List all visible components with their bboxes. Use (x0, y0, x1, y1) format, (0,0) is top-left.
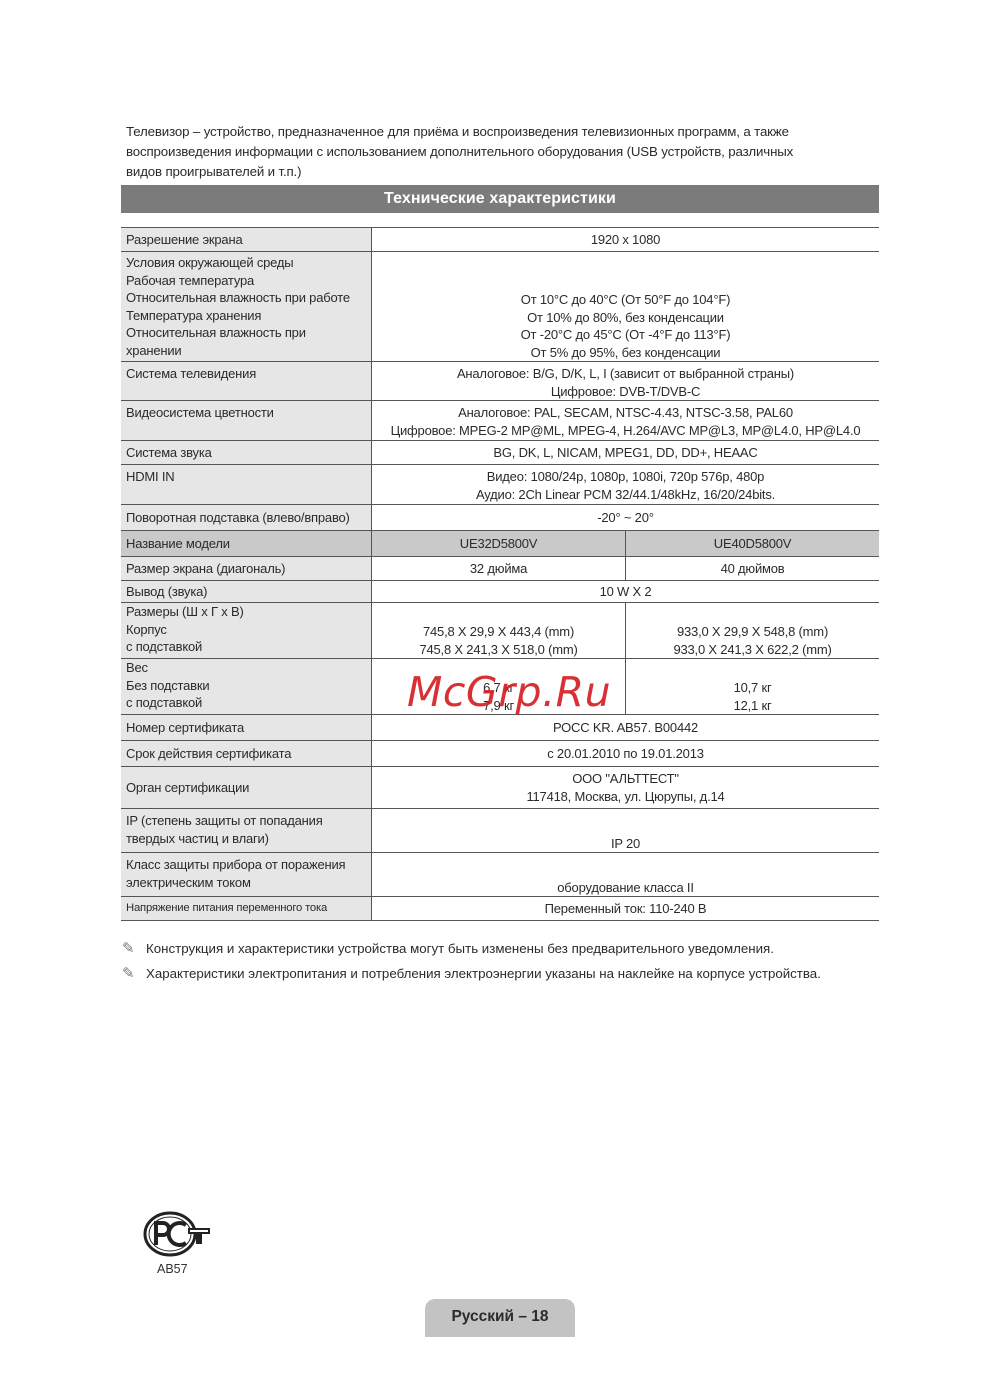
spec-label: Напряжение питания переменного тока (121, 897, 372, 921)
spec-label: Орган сертификации (121, 767, 372, 809)
spec-label: Разрешение экрана (121, 228, 372, 252)
spec-value: оборудование класса II (372, 853, 880, 897)
pencil-note-icon: ✎ (122, 940, 146, 957)
spec-label: Класс защиты прибора от поражения электр… (121, 853, 372, 897)
spec-value: ООО "АЛЬТТЕСТ" 117418, Москва, ул. Цюруп… (372, 767, 880, 809)
spec-value: 1920 x 1080 (372, 228, 880, 252)
specs-table: Разрешение экрана 1920 x 1080 Условия ок… (121, 227, 879, 921)
intro-line: Телевизор – устройство, предназначенное … (126, 122, 866, 142)
spec-label: Номер сертификата (121, 715, 372, 741)
spec-value-line: 933,0 X 29,9 X 548,8 (mm) (631, 623, 874, 641)
spec-value-line: 10,7 кг (631, 679, 874, 697)
spec-label-line: хранении (126, 342, 366, 360)
table-row: Напряжение питания переменного тока Пере… (121, 897, 879, 921)
spec-value: 745,8 X 29,9 X 443,4 (mm) 745,8 X 241,3 … (372, 603, 626, 659)
intro-paragraph: Телевизор – устройство, предназначенное … (126, 122, 866, 182)
table-row: Поворотная подставка (влево/вправо) -20°… (121, 505, 879, 531)
spec-value-line: Цифровое: DVB-T/DVB-C (377, 383, 874, 401)
table-row: Класс защиты прибора от поражения электр… (121, 853, 879, 897)
spec-label-line: IP (степень защиты от попадания (126, 812, 366, 830)
spec-value: 6,7 кг 7,9 кг (372, 659, 626, 715)
certification-code: AB57 (157, 1262, 188, 1276)
table-row: Система телевидения Аналоговое: B/G, D/K… (121, 362, 879, 401)
spec-value-line: 117418, Москва, ул. Цюрупы, д.14 (377, 788, 874, 806)
spec-label-line: с подставкой (126, 638, 366, 656)
spec-value: От 10°C до 40°C (От 50°F до 104°F) От 10… (372, 252, 880, 362)
spec-label-line: Вес (126, 659, 366, 677)
spec-value: РОСС KR. AB57. B00442 (372, 715, 880, 741)
spec-label: Система телевидения (121, 362, 372, 401)
spec-label-line: Без подставки (126, 677, 366, 695)
table-row-model: Название модели UE32D5800V UE40D5800V (121, 531, 879, 557)
spec-value: Переменный ток: 110-240 В (372, 897, 880, 921)
table-row: Условия окружающей среды Рабочая темпера… (121, 252, 879, 362)
spec-value: 10 W X 2 (372, 581, 880, 603)
note-item: ✎ Конструкция и характеристики устройств… (122, 940, 862, 958)
spec-label-line: Условия окружающей среды (126, 254, 366, 272)
table-row: Разрешение экрана 1920 x 1080 (121, 228, 879, 252)
table-row: HDMI IN Видео: 1080/24p, 1080p, 1080i, 7… (121, 465, 879, 505)
spec-value-line: 745,8 X 241,3 X 518,0 (mm) (377, 641, 620, 659)
spec-label-line: Относительная влажность при работе (126, 289, 366, 307)
spec-label: Вывод (звука) (121, 581, 372, 603)
pencil-note-icon: ✎ (122, 965, 146, 982)
note-item: ✎ Характеристики электропитания и потреб… (122, 965, 862, 983)
table-row: Размеры (Ш x Г x В) Корпус с подставкой … (121, 603, 879, 659)
spec-value-line: Аналоговое: B/G, D/K, L, I (зависит от в… (377, 365, 874, 383)
spec-label: IP (степень защиты от попадания твердых … (121, 809, 372, 853)
spec-label-line: Рабочая температура (126, 272, 366, 290)
spec-value-line: От 10°C до 40°C (От 50°F до 104°F) (377, 291, 874, 309)
spec-value: IP 20 (372, 809, 880, 853)
section-title: Технические характеристики (121, 185, 879, 213)
spec-label: Поворотная подставка (влево/вправо) (121, 505, 372, 531)
spec-value-line: Аудио: 2Ch Linear PCM 32/44.1/48kHz, 16/… (377, 486, 874, 504)
spec-value-line: ООО "АЛЬТТЕСТ" (377, 770, 874, 788)
spec-value: Аналоговое: B/G, D/K, L, I (зависит от в… (372, 362, 880, 401)
table-row: Размер экрана (диагональ) 32 дюйма 40 дю… (121, 557, 879, 581)
notes: ✎ Конструкция и характеристики устройств… (122, 940, 862, 990)
spec-value-line: От -20°C до 45°C (От -4°F до 113°F) (377, 326, 874, 344)
note-text: Конструкция и характеристики устройства … (146, 940, 774, 958)
spec-label-line: Корпус (126, 621, 366, 639)
table-row: Номер сертификата РОСС KR. AB57. B00442 (121, 715, 879, 741)
table-row: Видеосистема цветности Аналоговое: PAL, … (121, 401, 879, 441)
table-row: IP (степень защиты от попадания твердых … (121, 809, 879, 853)
table-row: Система звука BG, DK, L, NICAM, MPEG1, D… (121, 441, 879, 465)
spec-value: 933,0 X 29,9 X 548,8 (mm) 933,0 X 241,3 … (626, 603, 879, 659)
spec-value: -20° ~ 20° (372, 505, 880, 531)
spec-label: Видеосистема цветности (121, 401, 372, 441)
spec-label-line: Относительная влажность при (126, 324, 366, 342)
spec-value-line: Цифровое: MPEG-2 MP@ML, MPEG-4, H.264/AV… (377, 422, 874, 440)
spec-value-line: 6,7 кг (377, 679, 620, 697)
spec-value: 32 дюйма (372, 557, 626, 581)
spec-label: HDMI IN (121, 465, 372, 505)
table-row: Вывод (звука) 10 W X 2 (121, 581, 879, 603)
spec-label: Вес Без подставки с подставкой (121, 659, 372, 715)
intro-line: воспроизведения информации с использован… (126, 142, 866, 162)
spec-label: Условия окружающей среды Рабочая темпера… (121, 252, 372, 362)
spec-value-line: От 10% до 80%, без конденсации (377, 309, 874, 327)
spec-label-line: Температура хранения (126, 307, 366, 325)
table-row: Орган сертификации ООО "АЛЬТТЕСТ" 117418… (121, 767, 879, 809)
spec-value-line: 7,9 кг (377, 697, 620, 715)
spec-value-line: 12,1 кг (631, 697, 874, 715)
spec-label-line: электрическим током (126, 874, 366, 892)
page-number-tab: Русский – 18 (425, 1299, 575, 1337)
spec-value-line: Аналоговое: PAL, SECAM, NTSC-4.43, NTSC-… (377, 404, 874, 422)
spec-label: Размер экрана (диагональ) (121, 557, 372, 581)
spec-value: Видео: 1080/24p, 1080p, 1080i, 720p 576p… (372, 465, 880, 505)
spec-label: Срок действия сертификата (121, 741, 372, 767)
spec-value-line: 933,0 X 241,3 X 622,2 (mm) (631, 641, 874, 659)
intro-line: видов проигрывателей и т.п.) (126, 162, 866, 182)
spec-value-line: 745,8 X 29,9 X 443,4 (mm) (377, 623, 620, 641)
spec-label: Размеры (Ш x Г x В) Корпус с подставкой (121, 603, 372, 659)
spec-label-line: Размеры (Ш x Г x В) (126, 603, 366, 621)
spec-label-line: с подставкой (126, 694, 366, 712)
table-row: Вес Без подставки с подставкой 6,7 кг 7,… (121, 659, 879, 715)
spec-value-line: От 5% до 95%, без конденсации (377, 344, 874, 362)
pct-gost-mark-icon (142, 1209, 214, 1259)
spec-value: с 20.01.2010 по 19.01.2013 (372, 741, 880, 767)
spec-value-line: Видео: 1080/24p, 1080p, 1080i, 720p 576p… (377, 468, 874, 486)
model-name: UE32D5800V (372, 531, 626, 557)
spec-value: Аналоговое: PAL, SECAM, NTSC-4.43, NTSC-… (372, 401, 880, 441)
note-text: Характеристики электропитания и потребле… (146, 965, 821, 983)
table-row: Срок действия сертификата с 20.01.2010 п… (121, 741, 879, 767)
spec-label-line: твердых частиц и влаги) (126, 830, 366, 848)
spec-value: BG, DK, L, NICAM, MPEG1, DD, DD+, HEAAC (372, 441, 880, 465)
spec-label-line: Класс защиты прибора от поражения (126, 856, 366, 874)
spec-label: Название модели (121, 531, 372, 557)
spec-value: 40 дюймов (626, 557, 879, 581)
spec-value: 10,7 кг 12,1 кг (626, 659, 879, 715)
spec-label: Система звука (121, 441, 372, 465)
model-name: UE40D5800V (626, 531, 879, 557)
